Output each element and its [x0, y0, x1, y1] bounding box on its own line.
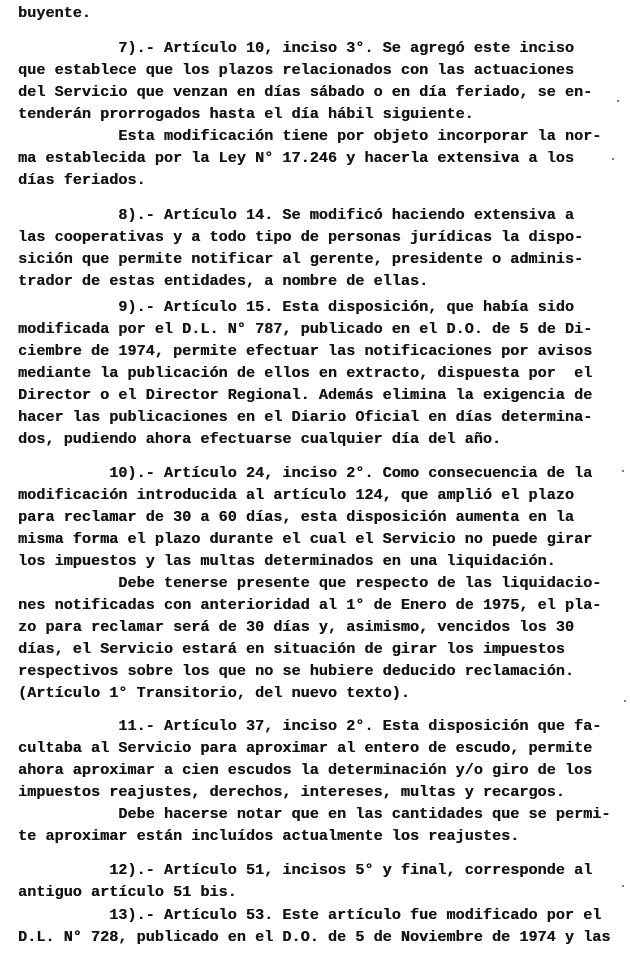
text-line: tenderán prorrogados hasta el día hábil … — [18, 105, 474, 123]
text-line: 12).- Artículo 51, incisos 5° y final, c… — [18, 861, 592, 879]
text-line: días feriados. — [18, 171, 146, 189]
text-line: Director o el Director Regional. Además … — [18, 386, 592, 404]
scan-speck — [617, 100, 619, 102]
scan-speck — [622, 885, 624, 887]
text-line: Esta modificación tiene por objeto incor… — [18, 127, 601, 145]
text-line: zo para reclamar será de 30 días y, asim… — [18, 618, 574, 636]
text-line: cultaba al Servicio para aproximar al en… — [18, 739, 592, 757]
text-line: modificada por el D.L. N° 787, publicado… — [18, 320, 592, 338]
text-line: antiguo artículo 51 bis. — [18, 883, 237, 901]
text-line: 10).- Artículo 24, inciso 2°. Como conse… — [18, 464, 592, 482]
text-line: días, el Servicio estará en situación de… — [18, 640, 565, 658]
text-line: 13).- Artículo 53. Este artículo fue mod… — [18, 906, 601, 924]
text-line: ahora aproximar a cien escudos la determ… — [18, 761, 592, 779]
text-line: las cooperativas y a todo tipo de person… — [18, 228, 583, 246]
text-line: que establece que los plazos relacionado… — [18, 61, 574, 79]
text-line: para reclamar de 30 a 60 días, esta disp… — [18, 508, 574, 526]
text-line: 7).- Artículo 10, inciso 3°. Se agregó e… — [18, 39, 574, 57]
text-line: modificación introducida al artículo 124… — [18, 486, 574, 504]
text-line: hacer las publicaciones en el Diario Ofi… — [18, 408, 592, 426]
scan-speck — [624, 700, 626, 702]
text-line: 9).- Artículo 15. Esta disposición, que … — [18, 298, 574, 316]
scan-speck — [622, 470, 624, 472]
text-line: dos, pudiendo ahora efectuarse cualquier… — [18, 430, 501, 448]
text-line: (Artículo 1° Transitorio, del nuevo text… — [18, 684, 410, 702]
text-line: ma establecida por la Ley N° 17.246 y ha… — [18, 149, 574, 167]
text-line: mediante la publicación de ellos en extr… — [18, 364, 592, 382]
text-line: te aproximar están incluídos actualmente… — [18, 827, 519, 845]
text-line: respectivos sobre los que no se hubiere … — [18, 662, 574, 680]
text-line: misma forma el plazo durante el cual el … — [18, 530, 592, 548]
text-line: buyente. — [18, 4, 91, 22]
text-line: del Servicio que venzan en días sábado o… — [18, 83, 592, 101]
text-line: impuestos reajustes, derechos, intereses… — [18, 783, 565, 801]
text-line: los impuestos y las multas determinados … — [18, 552, 556, 570]
text-line: trador de estas entidades, a nombre de e… — [18, 272, 428, 290]
text-line: sición que permite notificar al gerente,… — [18, 250, 583, 268]
text-line: nes notificadas con anterioridad al 1° d… — [18, 596, 601, 614]
text-line: D.L. N° 728, publicado en el D.O. de 5 d… — [18, 928, 610, 946]
text-line: Debe hacerse notar que en las cantidades… — [18, 805, 610, 823]
text-line: Debe tenerse presente que respecto de la… — [18, 574, 601, 592]
scan-speck — [612, 158, 614, 160]
text-line: 11.- Artículo 37, inciso 2°. Esta dispos… — [18, 717, 601, 735]
scanned-document-page: buyente. 7).- Artículo 10, inciso 3°. Se… — [0, 0, 630, 972]
text-line: 8).- Artículo 14. Se modificó haciendo e… — [18, 206, 574, 224]
text-line: ciembre de 1974, permite efectuar las no… — [18, 342, 592, 360]
